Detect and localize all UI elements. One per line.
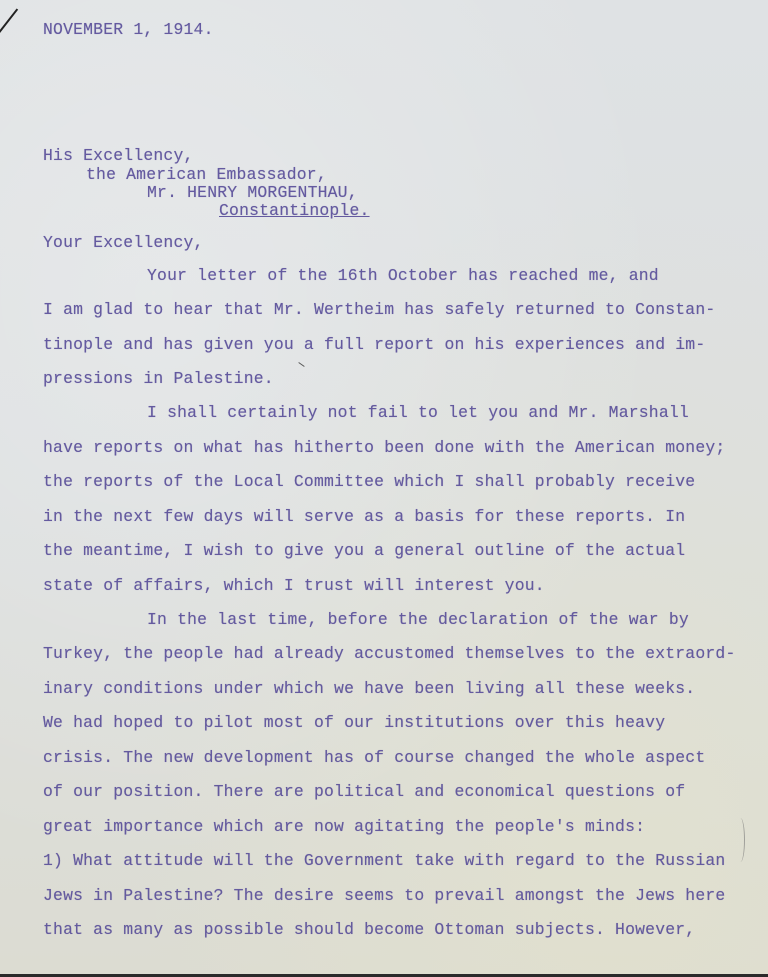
body-line: the reports of the Local Committee which…: [43, 472, 695, 491]
body-line: I am glad to hear that Mr. Wertheim has …: [43, 300, 715, 319]
margin-pencil-mark: [736, 818, 745, 862]
body-line: great importance which are now agitating…: [43, 817, 645, 836]
stray-mark: [298, 362, 304, 367]
body-line: In the last time, before the declaration…: [147, 610, 689, 629]
recipient-city: Constantinople.: [219, 201, 370, 220]
body-line: pressions in Palestine.: [43, 369, 274, 388]
corner-fold-mark: [0, 8, 18, 39]
letter-page: NOVEMBER 1, 1914. His Excellency, the Am…: [0, 0, 768, 977]
body-line: have reports on what has hitherto been d…: [43, 438, 725, 457]
body-line: the meantime, I wish to give you a gener…: [43, 541, 685, 560]
body-line: 1) What attitude will the Government tak…: [43, 851, 725, 870]
letter-date: NOVEMBER 1, 1914.: [43, 20, 214, 39]
body-line: state of affairs, which I trust will int…: [43, 576, 545, 595]
recipient-title: His Excellency,: [43, 146, 194, 165]
salutation: Your Excellency,: [43, 233, 204, 252]
body-line: in the next few days will serve as a bas…: [43, 507, 685, 526]
recipient-position: the American Embassador,: [86, 165, 327, 184]
body-line: of our position. There are political and…: [43, 782, 685, 801]
body-line: inary conditions under which we have bee…: [43, 679, 695, 698]
body-line: Jews in Palestine? The desire seems to p…: [43, 886, 725, 905]
body-line: that as many as possible should become O…: [43, 920, 695, 939]
body-line: Your letter of the 16th October has reac…: [147, 266, 659, 285]
body-line: We had hoped to pilot most of our instit…: [43, 713, 665, 732]
body-line: Turkey, the people had already accustome…: [43, 644, 735, 663]
recipient-name: Mr. HENRY MORGENTHAU,: [147, 183, 358, 202]
body-line: tinople and has given you a full report …: [43, 335, 705, 354]
body-line: I shall certainly not fail to let you an…: [147, 403, 689, 422]
body-line: crisis. The new development has of cours…: [43, 748, 705, 767]
